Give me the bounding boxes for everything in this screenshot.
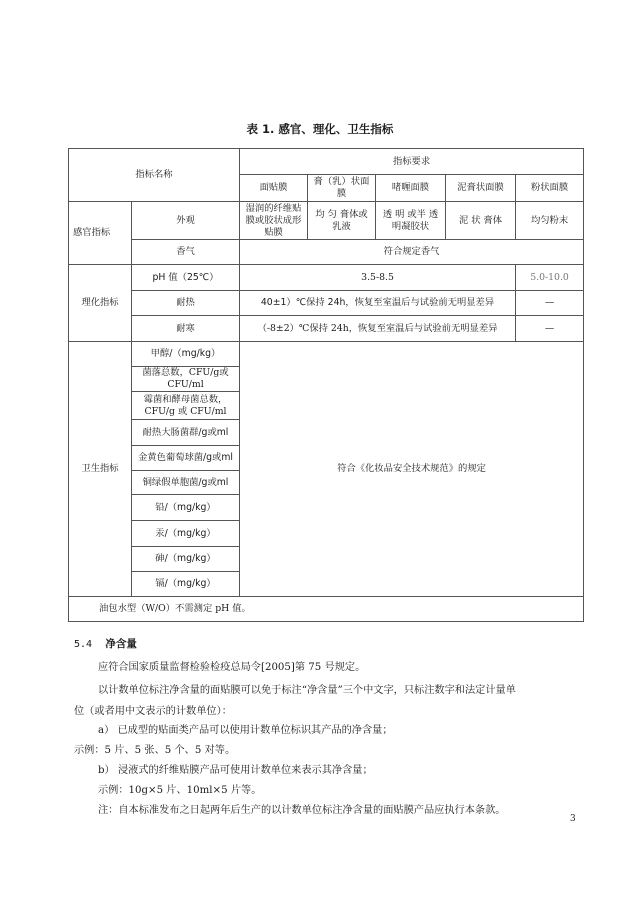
fragrance-value: 符合规定香气	[240, 240, 584, 265]
hygiene-item: 汞/（mg/kg）	[132, 521, 240, 547]
row-label-cold: 耐寒	[132, 316, 240, 342]
header-type-mud: 泥膏状面膜	[446, 175, 516, 202]
section-number: 5.4	[74, 639, 92, 650]
row-label-fragrance: 香气	[132, 240, 240, 265]
hygiene-item: 金黄色葡萄球菌/g或ml	[132, 446, 240, 471]
appearance-powder: 均匀粉末	[516, 202, 584, 240]
paragraph: 以计数单位标注净含量的面贴膜可以免于标注“净含量”三个中文字，只标注数字和法定计…	[98, 684, 516, 698]
appearance-cream: 均 匀 膏体或 乳液	[308, 202, 376, 240]
header-type-sheet: 面贴膜	[240, 175, 308, 202]
example-b: 示例：10g×5 片、10ml×5 片等。	[98, 784, 261, 798]
ph-value-powder: 5.0-10.0	[516, 265, 584, 291]
heat-value-powder: —	[516, 291, 584, 316]
hygiene-item: 耐热大肠菌群/g或ml	[132, 420, 240, 446]
list-item-b: b） 浸液式的纤维贴膜产品可使用计数单位来表示其净含量；	[98, 764, 373, 778]
category-physicochemical: 理化指标	[69, 265, 132, 342]
appearance-gel: 透 明 或半 透 明凝胶状	[376, 202, 446, 240]
cold-value-powder: —	[516, 316, 584, 342]
header-requirements-cell: 指标要求	[240, 149, 584, 175]
header-type-powder: 粉状面膜	[516, 175, 584, 202]
row-label-ph: pH 值（25℃）	[132, 265, 240, 291]
paragraph: 位（或者用中文表示的计数单位）：	[74, 705, 232, 719]
note-paragraph: 注：自本标准发布之日起两年后生产的以计数单位标注净含量的面贴膜产品应执行本条款。	[98, 804, 506, 818]
hygiene-item: 铜绿假单胞菌/g或ml	[132, 471, 240, 495]
example-a: 示例：5 片、5 张、5 个、5 对等。	[74, 744, 235, 758]
page-number: 3	[570, 814, 576, 824]
section-heading: 5.4 净含量	[74, 636, 137, 651]
hygiene-item: 砷/（mg/kg）	[132, 547, 240, 572]
hygiene-item: 菌落总数，CFU/g或CFU/ml	[132, 367, 240, 392]
row-label-appearance: 外观	[132, 202, 240, 240]
heat-value-main: 40±1）℃保持 24h，恢复至室温后与试验前无明显差异	[240, 291, 516, 316]
paragraph: 应符合国家质量监督检验检疫总局令[2005]第 75 号规定。	[98, 661, 365, 675]
hygiene-item: 霉菌和酵母菌总数，CFU/g 或 CFU/ml	[132, 392, 240, 420]
section-title: 净含量	[105, 638, 137, 650]
hygiene-item: 铅/（mg/kg）	[132, 495, 240, 521]
hygiene-value: 符合《化妆品安全技术规范》的规定	[240, 342, 584, 597]
hygiene-item: 甲醇/（mg/kg）	[132, 342, 240, 367]
row-label-heat: 耐热	[132, 291, 240, 316]
header-type-gel: 啫喱面膜	[376, 175, 446, 202]
header-type-cream: 膏（乳）状面膜	[308, 175, 376, 202]
hygiene-item: 镉/（mg/kg）	[132, 572, 240, 597]
table-note: 油包水型（W/O）不需测定 pH 值。	[69, 597, 584, 622]
cold-value-main: （-8±2）℃保持 24h，恢复至室温后与试验前无明显差异	[240, 316, 516, 342]
appearance-mud: 泥 状 膏体	[446, 202, 516, 240]
category-sensory: 感官指标	[69, 202, 132, 265]
table-title: 表 1. 感官、理化、卫生指标	[0, 121, 640, 137]
appearance-sheet: 湿润的纤维贴膜或胶状成形贴膜	[240, 202, 308, 240]
indicator-table: 指标名称 指标要求 面贴膜 膏（乳）状面膜 啫喱面膜 泥膏状面膜 粉状面膜 感官…	[68, 148, 584, 622]
ph-value-main: 3.5-8.5	[240, 265, 516, 291]
list-item-a: a） 已成型的贴面类产品可以使用计数单位标识其产品的净含量；	[98, 724, 393, 738]
category-hygiene: 卫生指标	[69, 342, 132, 597]
header-name-cell: 指标名称	[69, 149, 240, 202]
